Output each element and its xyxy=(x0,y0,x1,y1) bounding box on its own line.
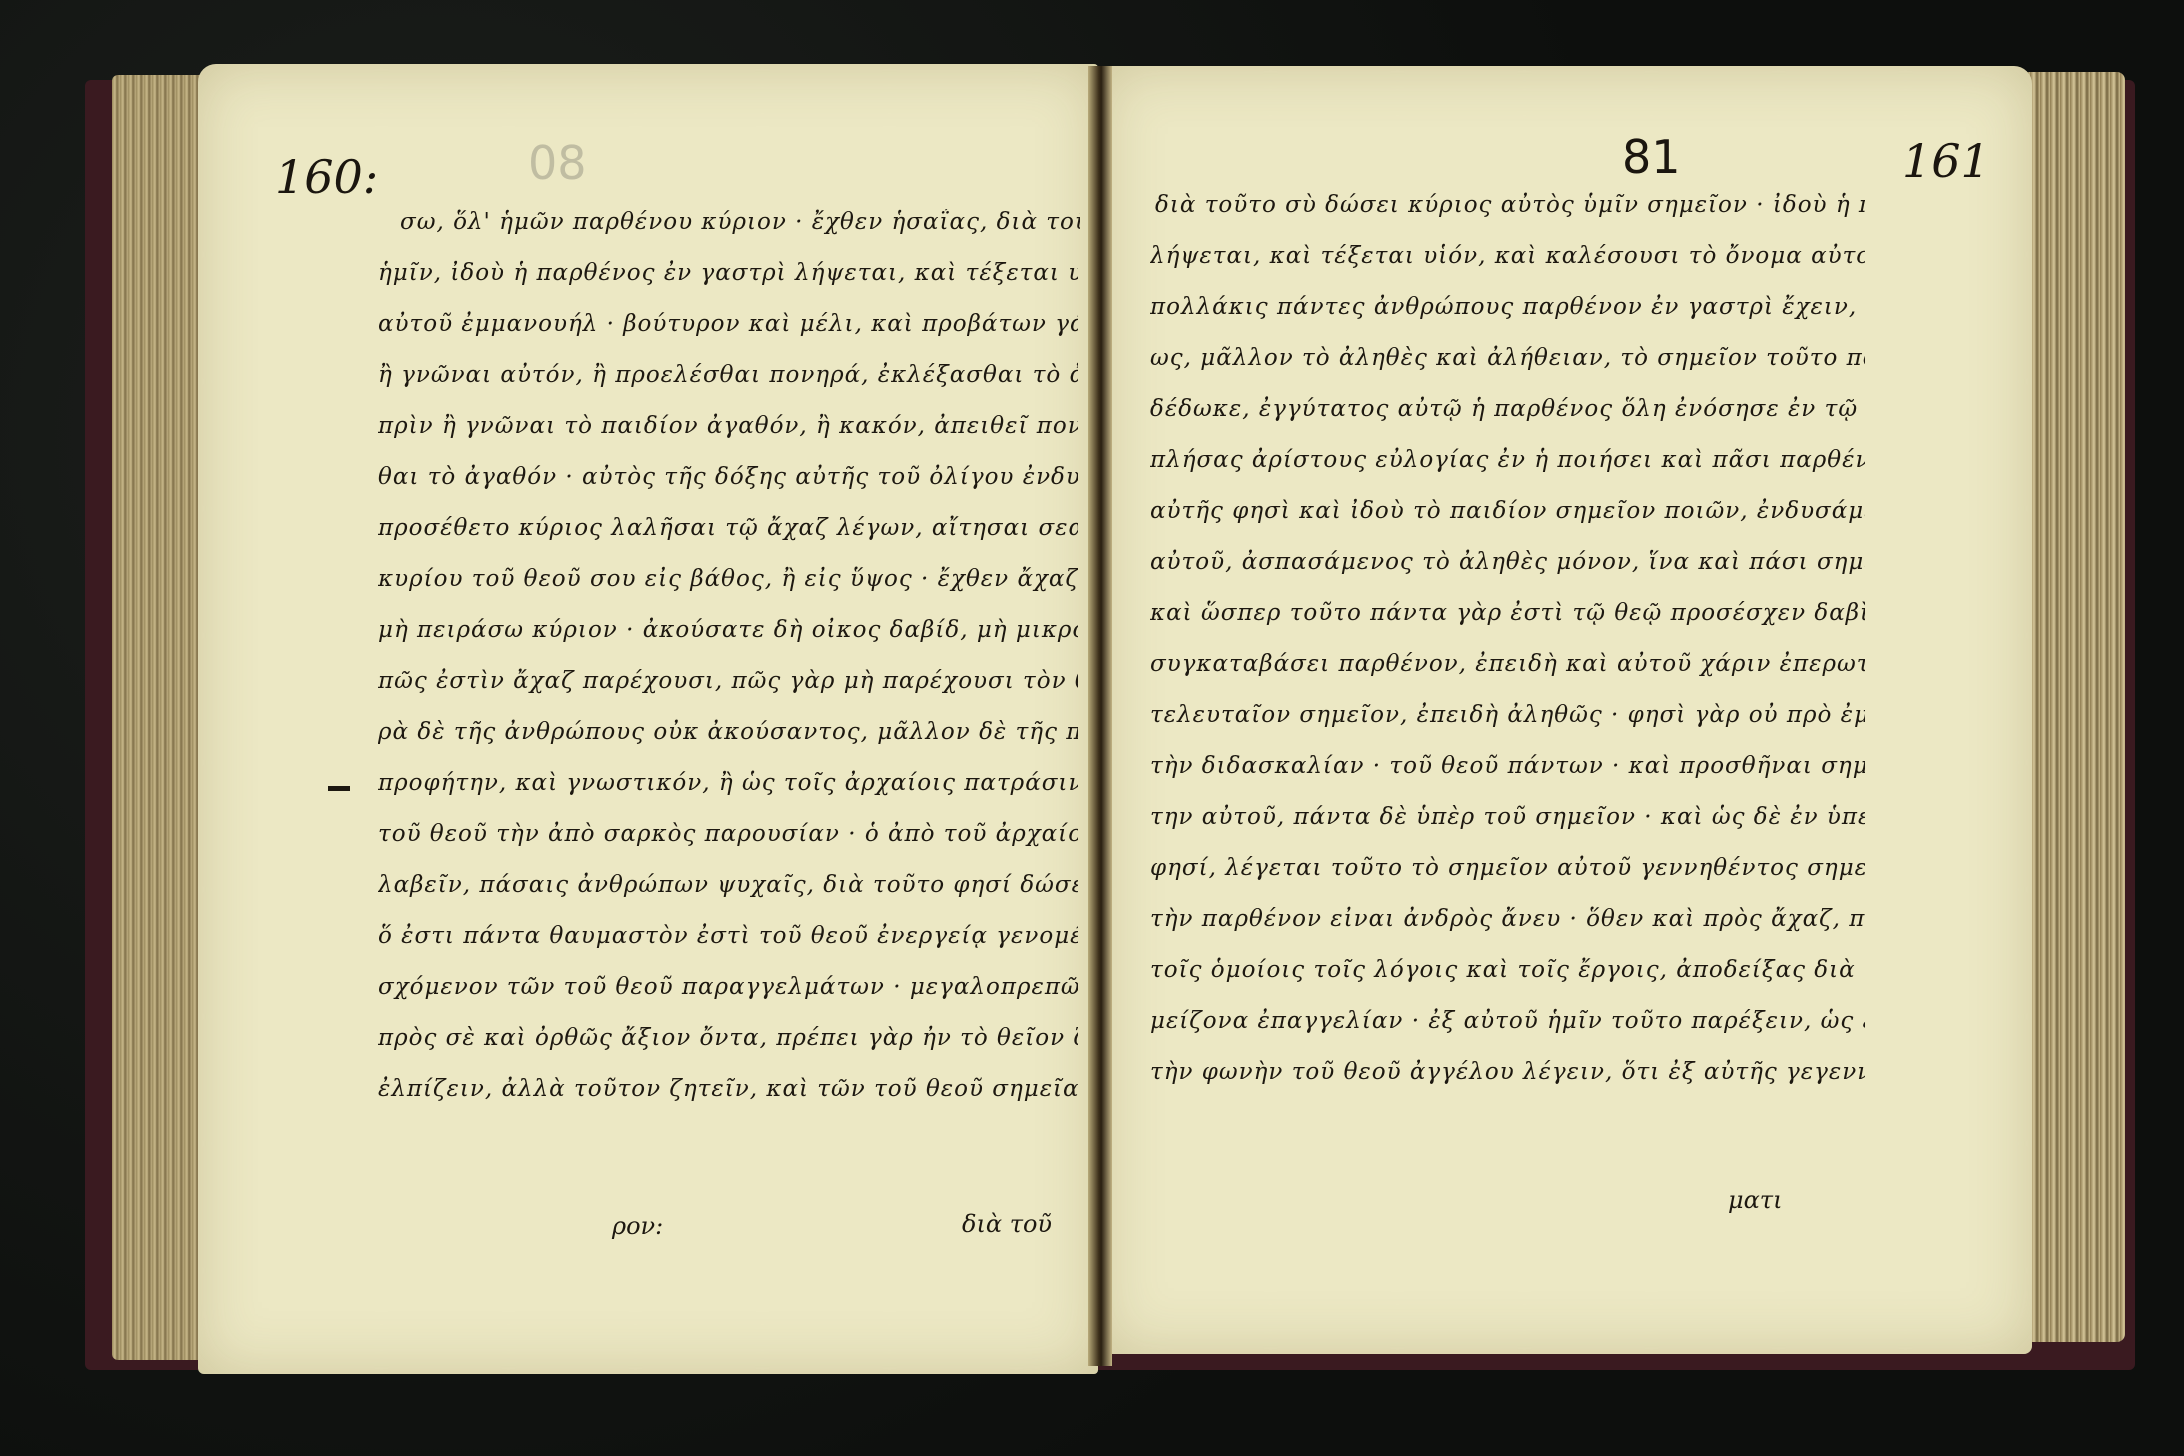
text-line: μὴ πειράσω κύριον · ἀκούσατε δὴ οἶκος δα… xyxy=(378,617,1078,643)
text-line: τελευταῖον σημεῖον, ἐπειδὴ ἀληθῶς · φησὶ… xyxy=(1150,702,1865,728)
folio-number-left: 160: xyxy=(275,150,378,204)
text-line: προφήτην, καὶ γνωστικόν, ἢ ὡς τοῖς ἀρχαί… xyxy=(378,770,1078,796)
text-line: ὅ ἐστι πάντα θαυμαστὸν ἐστὶ τοῦ θεοῦ ἐνε… xyxy=(378,923,1078,949)
text-line: αὐτῆς φησὶ καὶ ἰδοὺ τὸ παιδίον σημεῖον π… xyxy=(1150,498,1865,524)
text-line: συγκαταβάσει παρθένον, ἐπειδὴ καὶ αὐτοῦ … xyxy=(1150,651,1865,677)
text-line: κυρίου τοῦ θεοῦ σου εἰς βάθος, ἢ εἰς ὕψο… xyxy=(378,566,1078,592)
text-line: τὴν διδασκαλίαν · τοῦ θεοῦ πάντων · καὶ … xyxy=(1150,753,1865,779)
catchword-right: ματι xyxy=(1728,1186,1783,1214)
text-line: πρὸς σὲ καὶ ὀρθῶς ἄξιον ὄντα, πρέπει γὰρ… xyxy=(378,1025,1078,1051)
text-line: ως, μᾶλλον τὸ ἀληθὲς καὶ ἀλήθειαν, τὸ ση… xyxy=(1150,345,1865,371)
catchword-left-1: ρον: xyxy=(612,1212,663,1240)
text-line: τὴν παρθένον εἶναι ἀνδρὸς ἄνευ · ὅθεν κα… xyxy=(1150,906,1865,932)
text-line: ἡμῖν, ἰδοὺ ἡ παρθένος ἐν γαστρὶ λήψεται,… xyxy=(378,260,1078,286)
text-line: θαι τὸ ἀγαθόν · αὐτὸς τῆς δόξης αὐτῆς το… xyxy=(378,464,1078,490)
text-line: σω, ὅλ' ἡμῶν παρθένου κύριον · ἔχθεν ἡσα… xyxy=(400,209,1080,235)
text-line: αὐτοῦ, ἀσπασάμενος τὸ ἀληθὲς μόνον, ἵνα … xyxy=(1150,549,1865,575)
text-line: μείζονα ἐπαγγελίαν · ἐξ αὐτοῦ ἡμῖν τοῦτο… xyxy=(1150,1008,1865,1034)
text-line: τὴν φωνὴν τοῦ θεοῦ ἀγγέλου λέγειν, ὅτι ἐ… xyxy=(1150,1059,1865,1085)
text-line: ἐλπίζειν, ἀλλὰ τοῦτον ζητεῖν, καὶ τῶν το… xyxy=(378,1076,1078,1102)
folio-number-right: 161 xyxy=(1902,134,1990,188)
text-line: την αὐτοῦ, πάντα δὲ ὑπὲρ τοῦ σημεῖον · κ… xyxy=(1150,804,1865,830)
text-line: διὰ τοῦτο σὺ δώσει κύριος αὐτὸς ὑμῖν σημ… xyxy=(1155,192,1865,218)
page-edges-right xyxy=(2020,72,2125,1342)
margin-dash-mark xyxy=(328,786,350,791)
text-line: προσέθετο κύριος λαλῆσαι τῷ ἄχαζ λέγων, … xyxy=(378,515,1078,541)
ghost-stamp-number: 80 xyxy=(528,136,587,190)
text-line: φησί, λέγεται τοῦτο τὸ σημεῖον αὐτοῦ γεν… xyxy=(1150,855,1865,881)
text-line: πολλάκις πάντες ἀνθρώπους παρθένον ἐν γα… xyxy=(1150,294,1865,320)
text-line: αὐτοῦ ἐμμανουήλ · βούτυρον καὶ μέλι, καὶ… xyxy=(378,311,1078,337)
text-line: σχόμενον τῶν τοῦ θεοῦ παραγγελμάτων · με… xyxy=(378,974,1078,1000)
text-line: τοῦ θεοῦ τὴν ἀπὸ σαρκὸς παρουσίαν · ὁ ἀπ… xyxy=(378,821,1078,847)
text-line: πρὶν ἢ γνῶναι τὸ παιδίον ἀγαθόν, ἢ κακόν… xyxy=(378,413,1078,439)
text-line: καὶ ὥσπερ τοῦτο πάντα γὰρ ἐστὶ τῷ θεῷ πρ… xyxy=(1150,600,1865,626)
text-line: λήψεται, καὶ τέξεται υἱόν, καὶ καλέσουσι… xyxy=(1150,243,1865,269)
text-line: δέδωκε, ἐγγύτατος αὐτῷ ἡ παρθένος ὅλη ἐν… xyxy=(1150,396,1865,422)
text-line: τοῖς ὁμοίοις τοῖς λόγοις καὶ τοῖς ἔργοις… xyxy=(1150,957,1865,983)
text-line: πῶς ἐστὶν ἄχαζ παρέχουσι, πῶς γὰρ μὴ παρ… xyxy=(378,668,1078,694)
text-line: πλήσας ἀρίστους εὐλογίας ἐν ἧ ποιήσει κα… xyxy=(1150,447,1865,473)
catchword-left-2: διὰ τοῦ xyxy=(962,1210,1052,1238)
page-edges-left xyxy=(112,75,202,1360)
text-line: ἢ γνῶναι αὐτόν, ἢ προελέσθαι πονηρά, ἐκλ… xyxy=(378,362,1078,388)
text-line: λαβεῖν, πάσαις ἀνθρώπων ψυχαῖς, διὰ τοῦτ… xyxy=(378,872,1078,898)
book-gutter xyxy=(1088,66,1112,1366)
text-line: ρὰ δὲ τῆς ἀνθρώπους οὐκ ἀκούσαντος, μᾶλλ… xyxy=(378,719,1078,745)
stamp-number: 81 xyxy=(1622,130,1681,184)
